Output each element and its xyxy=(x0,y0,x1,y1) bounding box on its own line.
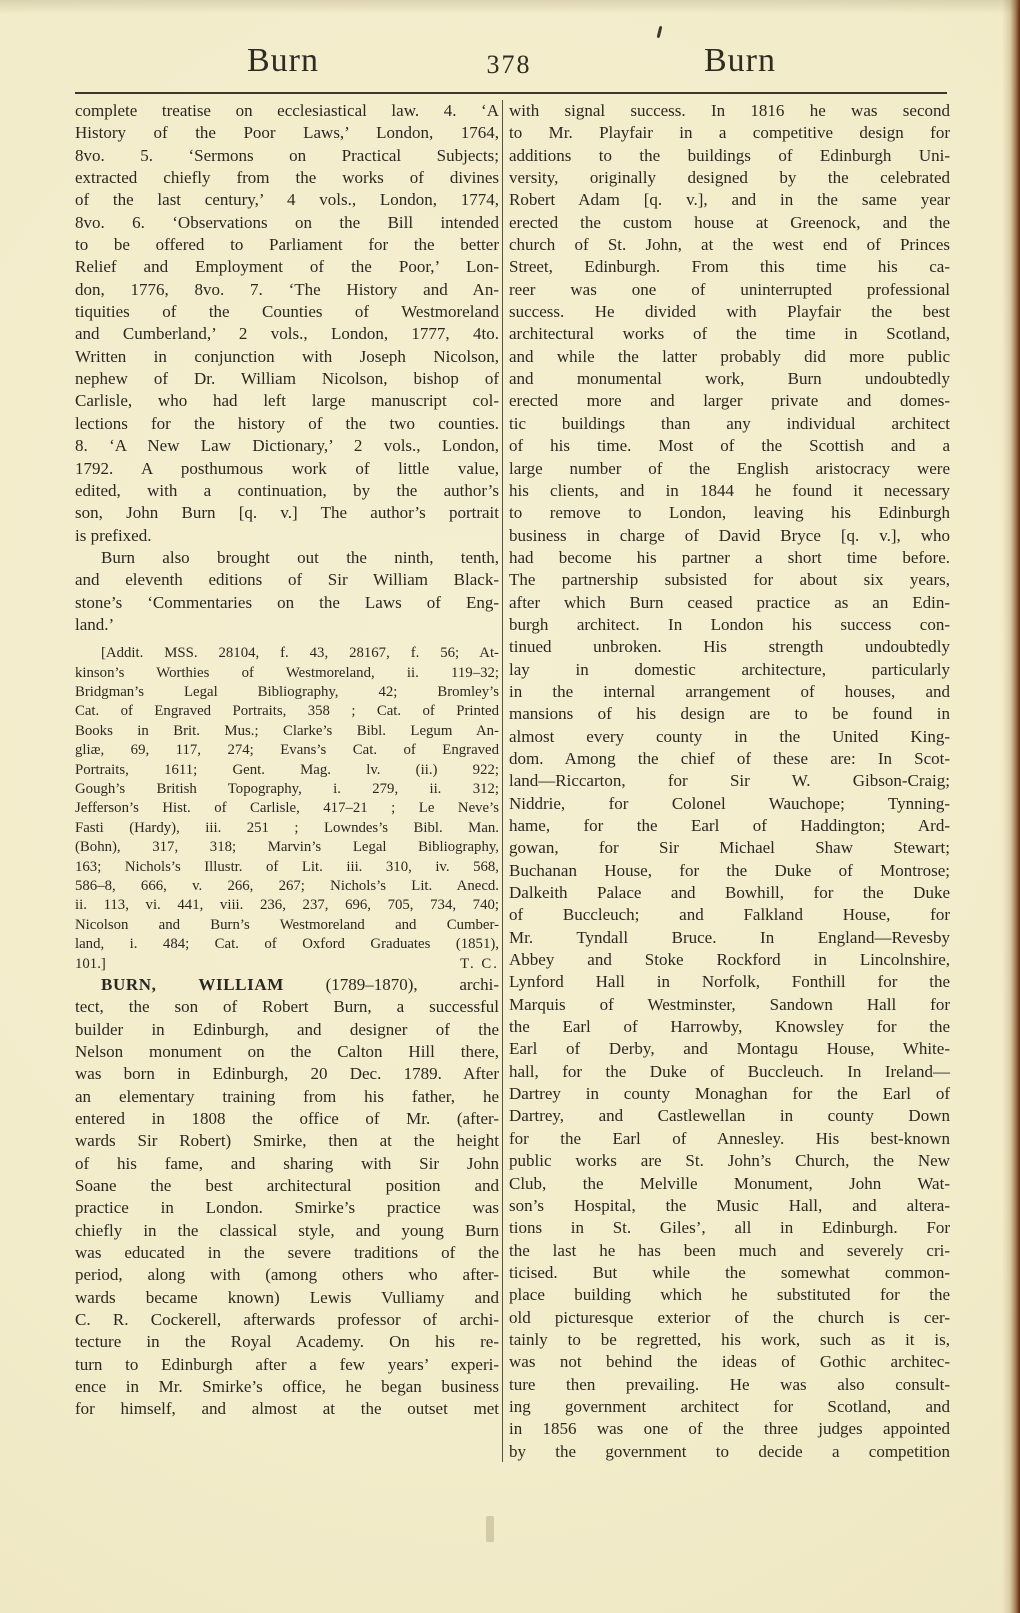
text-line: complete treatise on ecclesiastical law.… xyxy=(75,100,499,122)
text-line: Burn also brought out the ninth, tenth, xyxy=(75,547,499,569)
signature-line: 101.]T. C. xyxy=(75,955,499,974)
page-number: 378 xyxy=(459,50,559,80)
text-line: tainly to be regretted, his work, such a… xyxy=(509,1329,950,1351)
text-line: was not behind the ideas of Gothic archi… xyxy=(509,1351,950,1373)
text-line: stone’s ‘Commentaries on the Laws of Eng… xyxy=(75,592,499,614)
text-line: to be offered to Parliament for the bett… xyxy=(75,234,499,256)
text-line: of his time. Most of the Scottish and a xyxy=(509,435,950,457)
text-line: Club, the Melville Monument, John Wat- xyxy=(509,1173,950,1195)
text-line: by the government to decide a competitio… xyxy=(509,1441,950,1463)
text-line: builder in Edinburgh, and designer of th… xyxy=(75,1019,499,1041)
text-line: dom. Among the chief of these are: In Sc… xyxy=(509,748,950,770)
text-line: old picturesque exterior of the church i… xyxy=(509,1307,950,1329)
text-line: tect, the son of Robert Burn, a successf… xyxy=(75,996,499,1018)
text-line: tions in St. Giles’, all in Edinburgh. F… xyxy=(509,1217,950,1239)
text-line: erected more and larger private and dome… xyxy=(509,390,950,412)
scan-artifact-mark xyxy=(657,26,663,38)
text-line: church of St. John, at the west end of P… xyxy=(509,234,950,256)
text-line: and eleventh editions of Sir William Bla… xyxy=(75,569,499,591)
text-line: entered in 1808 the office of Mr. (after… xyxy=(75,1108,499,1130)
text-line: Nicolson and Burn’s Westmoreland and Cum… xyxy=(75,916,499,935)
text-line: Dalkeith Palace and Bowhill, for the Duk… xyxy=(509,882,950,904)
text-line: of his fame, and sharing with Sir John xyxy=(75,1153,499,1175)
text-line: the last he has been much and severely c… xyxy=(509,1240,950,1262)
text-line: for himself, and almost at the outset me… xyxy=(75,1398,499,1420)
text-line: don, 1776, 8vo. 7. ‘The History and An- xyxy=(75,279,499,301)
text-line: place building which he substituted for … xyxy=(509,1284,950,1306)
text-line: 8vo. 5. ‘Sermons on Practical Subjects; xyxy=(75,145,499,167)
text-line: and while the latter probably did more p… xyxy=(509,346,950,368)
text-line: nephew of Dr. William Nicolson, bishop o… xyxy=(75,368,499,390)
body-text-block: with signal success. In 1816 he was seco… xyxy=(509,100,950,1463)
text-line: son, John Burn [q. v.] The author’s port… xyxy=(75,502,499,524)
entry-headword: BURN, WILLIAM xyxy=(101,975,284,994)
text-line: Marquis of Westminster, Sandown Hall for xyxy=(509,994,950,1016)
text-line: gliæ, 69, 117, 274; Evans’s Cat. of Engr… xyxy=(75,741,499,760)
text-line: period, along with (among others who aft… xyxy=(75,1264,499,1286)
text-line: Street, Edinburgh. From this time his ca… xyxy=(509,256,950,278)
scan-artifact-smudge xyxy=(486,1516,494,1542)
text-line: had become his partner a short time befo… xyxy=(509,547,950,569)
text-line: edited, with a continuation, by the auth… xyxy=(75,480,499,502)
text-line: (Bohn), 317, 318; Marvin’s Legal Bibliog… xyxy=(75,838,499,857)
text-line: hame, for the Earl of Haddington; Ard- xyxy=(509,815,950,837)
page-edge-shadow xyxy=(1002,0,1020,1613)
text-line: turn to Edinburgh after a few years’ exp… xyxy=(75,1354,499,1376)
text-line: was educated in the severe traditions of… xyxy=(75,1242,499,1264)
text-line: Written in conjunction with Joseph Nicol… xyxy=(75,346,499,368)
text-line: Bridgman’s Legal Bibliography, 42; Broml… xyxy=(75,683,499,702)
text-line: Cat. of Engraved Portraits, 358 ; Cat. o… xyxy=(75,702,499,721)
text-line: Gough’s British Topography, i. 279, ii. … xyxy=(75,780,499,799)
text-line: in 1856 was one of the three judges appo… xyxy=(509,1418,950,1440)
text-line: gowan, for Sir Michael Shaw Stewart; xyxy=(509,837,950,859)
text-line: 8vo. 6. ‘Observations on the Bill intend… xyxy=(75,212,499,234)
author-initials: T. C. xyxy=(460,955,499,974)
text-line: Abbey and Stoke Rockford in Lincolnshire… xyxy=(509,949,950,971)
left-column: complete treatise on ecclesiastical law.… xyxy=(75,100,499,1421)
text-line: and monumental work, Burn undoubtedly xyxy=(509,368,950,390)
text-line: business in charge of David Bryce [q. v.… xyxy=(509,525,950,547)
text-line: almost every county in the United King- xyxy=(509,726,950,748)
text-line: and Cumberland,’ 2 vols., London, 1777, … xyxy=(75,323,499,345)
text-line: wards became known) Lewis Vulliamy and xyxy=(75,1287,499,1309)
text-line: [Addit. MSS. 28104, f. 43, 28167, f. 56;… xyxy=(75,644,499,663)
text-line: burgh architect. In London his success c… xyxy=(509,614,950,636)
text-line: Books in Brit. Mus.; Clarke’s Bibl. Legu… xyxy=(75,722,499,741)
text-line: public works are St. John’s Church, the … xyxy=(509,1150,950,1172)
text-line: chiefly in the classical style, and youn… xyxy=(75,1220,499,1242)
bibliography-close: 101.] xyxy=(75,955,106,974)
bibliography-block: [Addit. MSS. 28104, f. 43, 28167, f. 56;… xyxy=(75,644,499,974)
text-line: Niddrie, for Colonel Wauchope; Tynning- xyxy=(509,793,950,815)
text-line: 586–8, 666, v. 266, 267; Nichols’s Lit. … xyxy=(75,877,499,896)
text-line: additions to the buildings of Edinburgh … xyxy=(509,145,950,167)
text-line: to Mr. Playfair in a competitive design … xyxy=(509,122,950,144)
text-line: Buchanan House, for the Duke of Montrose… xyxy=(509,860,950,882)
text-line: the Earl of Harrowby, Knowsley for the xyxy=(509,1016,950,1038)
text-line: Fasti (Hardy), iii. 251 ; Lowndes’s Bibl… xyxy=(75,819,499,838)
right-column: with signal success. In 1816 he was seco… xyxy=(509,100,950,1463)
text-line: land—Riccarton, for Sir W. Gibson-Craig; xyxy=(509,770,950,792)
text-line: land, i. 484; Cat. of Oxford Graduates (… xyxy=(75,935,499,954)
text-line: 8. ‘A New Law Dictionary,’ 2 vols., Lond… xyxy=(75,435,499,457)
text-line: The partnership subsisted for about six … xyxy=(509,569,950,591)
text-line: Portraits, 1611; Gent. Mag. lv. (ii.) 92… xyxy=(75,761,499,780)
text-line: BURN, WILLIAM (1789–1870), archi- xyxy=(75,974,499,996)
text-line: 163; Nichols’s Illustr. of Lit. iii. 310… xyxy=(75,858,499,877)
text-line: practice in London. Smirke’s practice wa… xyxy=(75,1197,499,1219)
text-line: Carlisle, who had left large manuscript … xyxy=(75,390,499,412)
text-line: Robert Adam [q. v.], and in the same yea… xyxy=(509,189,950,211)
text-line: erected the custom house at Greenock, an… xyxy=(509,212,950,234)
text-line: Dartrey in county Monaghan for the Earl … xyxy=(509,1083,950,1105)
text-line: Dartrey, and Castlewellan in county Down xyxy=(509,1105,950,1127)
text-line: ing government architect for Scotland, a… xyxy=(509,1396,950,1418)
text-line: son’s Hospital, the Music Hall, and alte… xyxy=(509,1195,950,1217)
text-line: 1792. A posthumous work of little value, xyxy=(75,458,499,480)
text-line: is prefixed. xyxy=(75,525,499,547)
body-text-block: BURN, WILLIAM (1789–1870), archi-tect, t… xyxy=(75,974,499,1421)
text-line: History of the Poor Laws,’ London, 1764, xyxy=(75,122,499,144)
text-line: his clients, and in 1844 he found it nec… xyxy=(509,480,950,502)
text-line: lay in domestic architecture, particular… xyxy=(509,659,950,681)
text-line: large number of the English aristocracy … xyxy=(509,458,950,480)
text-line: tinued unbroken. His strength undoubtedl… xyxy=(509,636,950,658)
text-line: Soane the best architectural position an… xyxy=(75,1175,499,1197)
text-line: after which Burn ceased practice as an E… xyxy=(509,592,950,614)
text-line: C. R. Cockerell, afterwards professor of… xyxy=(75,1309,499,1331)
text-line: for the Earl of Annesley. His best-known xyxy=(509,1128,950,1150)
text-line: of Buccleuch; and Falkland House, for xyxy=(509,904,950,926)
text-line: ence in Mr. Smirke’s office, he began bu… xyxy=(75,1376,499,1398)
text-line: lections for the history of the two coun… xyxy=(75,413,499,435)
text-line: an elementary training from his father, … xyxy=(75,1086,499,1108)
book-page: Burn 378 Burn complete treatise on eccle… xyxy=(0,0,1020,1613)
text-line: of the last century,’ 4 vols., London, 1… xyxy=(75,189,499,211)
text-line: reer was one of uninterrupted profession… xyxy=(509,279,950,301)
text-line: land.’ xyxy=(75,614,499,636)
text-line: architectural works of the time in Scotl… xyxy=(509,323,950,345)
text-line: Jefferson’s Hist. of Carlisle, 417–21 ; … xyxy=(75,799,499,818)
text-line: in the internal arrangement of houses, a… xyxy=(509,681,950,703)
text-line: kinson’s Worthies of Westmoreland, ii. 1… xyxy=(75,664,499,683)
running-head-left: Burn xyxy=(183,42,383,80)
text-line: ture then prevailing. He was also consul… xyxy=(509,1374,950,1396)
text-line: Mr. Tyndall Bruce. In England—Revesby xyxy=(509,927,950,949)
text-line: versity, originally designed by the cele… xyxy=(509,167,950,189)
text-line: mansions of his design are to be found i… xyxy=(509,703,950,725)
page-top-shadow xyxy=(0,0,1020,14)
header-rule xyxy=(75,92,947,94)
text-line: ii. 113, vi. 441, viii. 236, 237, 696, 7… xyxy=(75,896,499,915)
text-line: Lynford Hall in Norfolk, Fonthill for th… xyxy=(509,971,950,993)
text-line: tic buildings than any individual archit… xyxy=(509,413,950,435)
text-line: hall, for the Duke of Buccleuch. In Irel… xyxy=(509,1061,950,1083)
text-line: Relief and Employment of the Poor,’ Lon- xyxy=(75,256,499,278)
text-line: with signal success. In 1816 he was seco… xyxy=(509,100,950,122)
text-line: ticised. But while the somewhat common- xyxy=(509,1262,950,1284)
text-line: was born in Edinburgh, 20 Dec. 1789. Aft… xyxy=(75,1063,499,1085)
text-line: wards Sir Robert) Smirke, then at the he… xyxy=(75,1130,499,1152)
text-line: Earl of Derby, and Montagu House, White- xyxy=(509,1038,950,1060)
text-line: to remove to London, leaving his Edinbur… xyxy=(509,502,950,524)
body-text-block: complete treatise on ecclesiastical law.… xyxy=(75,100,499,636)
text-line: tecture in the Royal Academy. On his re- xyxy=(75,1331,499,1353)
column-divider xyxy=(502,100,503,1462)
text-line: Nelson monument on the Calton Hill there… xyxy=(75,1041,499,1063)
text-line: extracted chiefly from the works of divi… xyxy=(75,167,499,189)
running-head-right: Burn xyxy=(640,42,840,80)
text-line: tiquities of the Counties of Westmorelan… xyxy=(75,301,499,323)
text-line: success. He divided with Playfair the be… xyxy=(509,301,950,323)
